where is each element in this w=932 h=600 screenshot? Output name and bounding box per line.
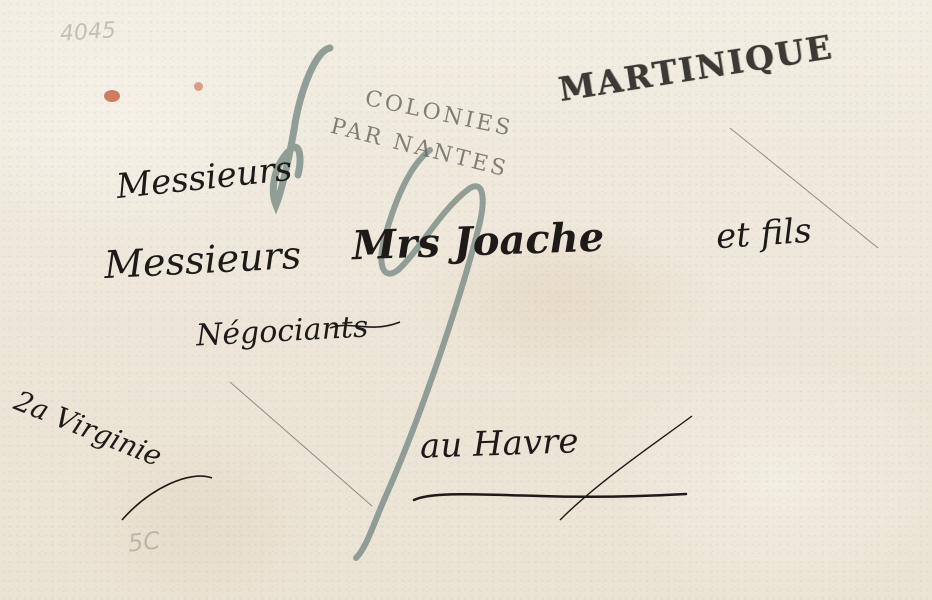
addressee-suffix: et fils (715, 211, 813, 258)
destination-city: au Havre (419, 421, 579, 467)
routing-flourish (122, 476, 212, 520)
postal-cover: 4045 5C MARTINIQUE COLONIES PAR NANTES M… (0, 0, 932, 600)
fold-line (230, 382, 372, 506)
destination-flourish (560, 416, 692, 520)
destination-underline (414, 494, 686, 500)
ink-strokes (0, 0, 932, 600)
addressee-name: Mrs Joache (351, 214, 605, 270)
